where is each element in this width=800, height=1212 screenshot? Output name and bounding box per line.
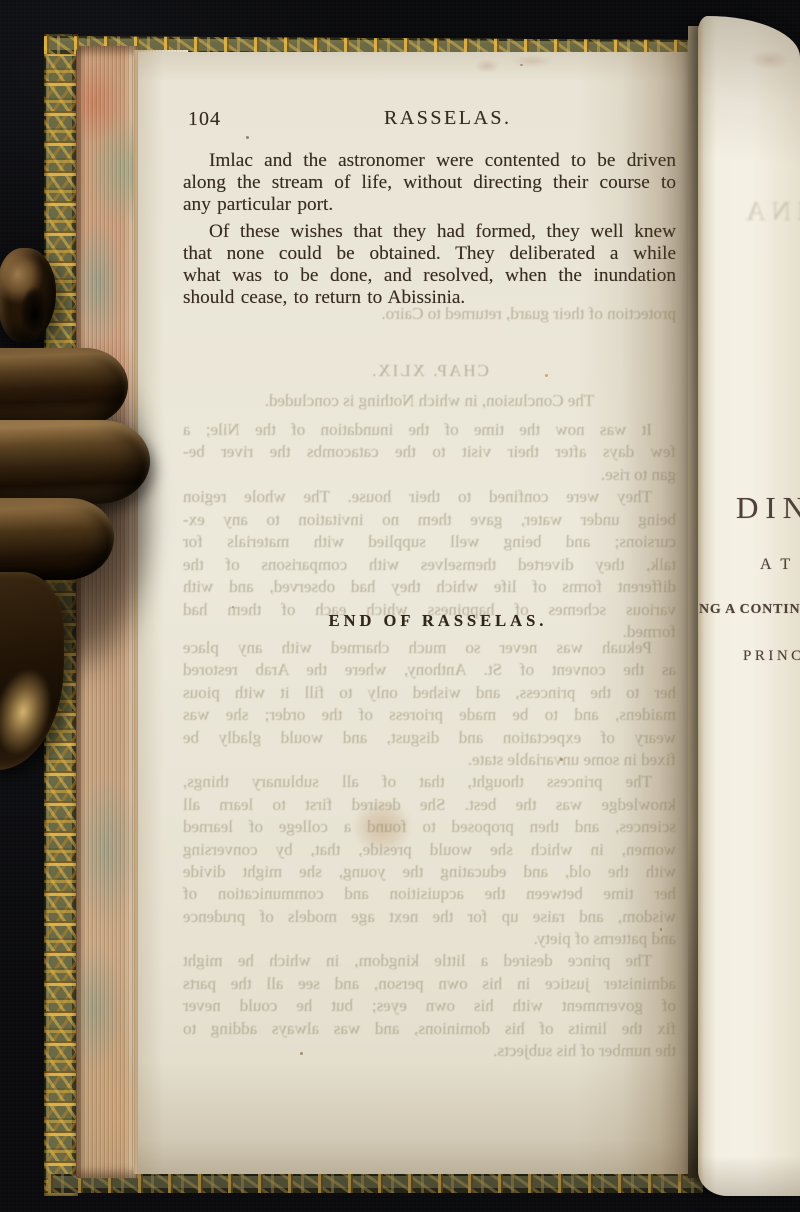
paper-stain: [352, 800, 412, 854]
text-line: Imlac and the astronomer were contented …: [183, 150, 676, 172]
paper-speck: [520, 64, 523, 66]
bronze-lobe-middle: [0, 420, 150, 504]
paper-speck: [545, 374, 548, 377]
dinarbas-title-fragment: DINA: [736, 490, 800, 526]
continuation-line-fragment: NG A CONTINU: [699, 602, 800, 618]
text-line: any particular port.: [183, 194, 676, 221]
gilt-tooled-cover-edge-bottom: [48, 1174, 703, 1193]
prince-line-fragment: PRINCE O: [743, 648, 800, 665]
paper-speck: [246, 136, 249, 139]
paper-speck: [300, 1052, 303, 1055]
bronze-dark-recess: [20, 286, 50, 342]
paper-speck: [232, 606, 234, 608]
paper-speck: [560, 758, 563, 761]
text-line: along the stream of life, without direct…: [183, 172, 676, 194]
paper-speck: [660, 928, 662, 931]
text-line: what was to be done, and resolved, when …: [183, 265, 676, 287]
show-through-title-fragment: DINA: [740, 196, 800, 227]
text-line: Of these wishes that they had formed, th…: [183, 221, 676, 243]
body-paragraphs: Imlac and the astronomer were contented …: [183, 150, 676, 314]
a-tale-fragment: A T: [760, 556, 793, 574]
paper-speck: [420, 252, 422, 254]
running-title: RASSELAS.: [384, 107, 512, 130]
photo-open-antique-book: 104 RASSELAS. protection of their guard,…: [0, 0, 800, 1212]
text-line: should cease, to return to Abissinia.: [183, 287, 676, 314]
end-of-rasselas-notice: END OF RASSELAS.: [183, 611, 693, 631]
bronze-lobe-upper: [0, 348, 128, 426]
page-number: 104: [188, 108, 221, 131]
bronze-figurine: [0, 222, 176, 770]
bronze-lobe-lower: [0, 498, 114, 580]
text-line: that none could be obtained. They delibe…: [183, 243, 676, 265]
